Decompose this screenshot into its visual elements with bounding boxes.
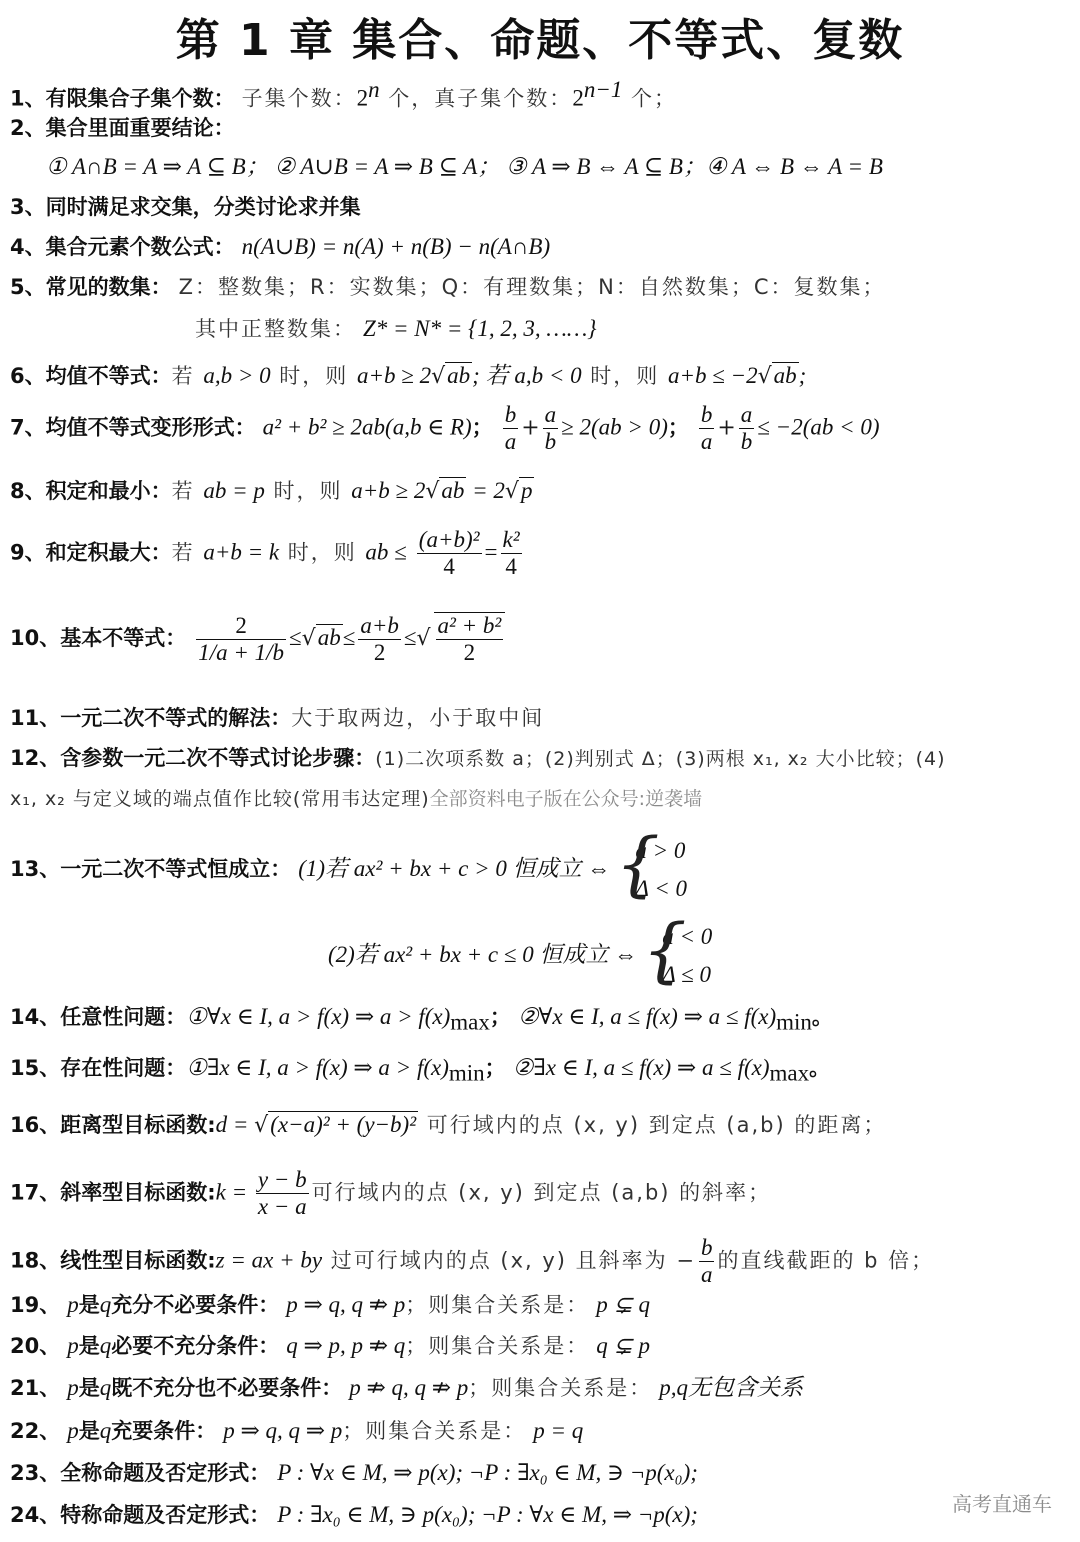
math: p bbox=[67, 1292, 79, 1317]
watermark: 高考直通车 bbox=[952, 1488, 1052, 1517]
math: a+b = k bbox=[203, 540, 279, 565]
item-text: 时，则 bbox=[279, 541, 365, 565]
item-12-cont: x₁, x₂ 与定义域的端点值作比较(常用韦达定理)全部资料电子版在公众号:逆袭… bbox=[10, 784, 702, 814]
item-22: 22、 p是q充要条件： p ⇒ q, q ⇒ p；则集合关系是： p = q bbox=[10, 1416, 583, 1447]
item-label: 含参数一元二次不等式讨论步骤： bbox=[60, 746, 375, 770]
math: ≤ −2(ab < 0) bbox=[757, 415, 879, 440]
math: a,b > 0 bbox=[203, 363, 270, 388]
item-label: 必要不充分条件： bbox=[111, 1334, 279, 1358]
item-label: 一元二次不等式恒成立： bbox=[60, 857, 291, 881]
item-text: 时，则 bbox=[271, 364, 357, 388]
math: q bbox=[100, 1292, 112, 1317]
sqrt: p bbox=[519, 477, 535, 503]
math: ①∀x ∈ I, a > f(x) ⇒ a > f(x) bbox=[186, 1004, 450, 1029]
item-text: 过可行域内的点 (x, y) 且斜率为 − bbox=[322, 1249, 696, 1273]
fraction: ba bbox=[699, 1235, 715, 1288]
item-12: 12、含参数一元二次不等式讨论步骤：(1)二次项系数 a；(2)判别式 Δ；(3… bbox=[10, 743, 946, 774]
math: ①∃x ∈ I, a > f(x) ⇒ a > f(x) bbox=[186, 1055, 449, 1080]
item-10: 10、基本不等式： 21/a + 1/b≤√ab≤a+b2≤√a² + b²2 bbox=[10, 612, 508, 666]
item-text: ；则集合关系是： bbox=[468, 1376, 652, 1400]
fraction: k²4 bbox=[501, 527, 522, 580]
item-label: 线性型目标函数: bbox=[60, 1249, 215, 1273]
item-number: 15、 bbox=[10, 1056, 60, 1080]
item-label: 是 bbox=[79, 1419, 100, 1443]
math: p bbox=[67, 1333, 79, 1358]
item-label: 斜率型目标函数: bbox=[60, 1181, 215, 1205]
item-number: 2、 bbox=[10, 116, 46, 140]
item-label: 一元二次不等式的解法： bbox=[60, 706, 291, 730]
item-label: 基本不等式： bbox=[60, 626, 186, 650]
separator: 。 bbox=[809, 1056, 830, 1080]
sqrt: (x−a)² + (y−b)² bbox=[268, 1111, 418, 1137]
item-label: 和定积最大： bbox=[46, 541, 172, 565]
item-number: 7、 bbox=[10, 416, 46, 440]
sqrt: ab bbox=[772, 362, 799, 388]
item-text: 若 bbox=[172, 541, 204, 565]
math: P : ∀x ∈ M, ⇒ p(x); ¬P : ∃x₀ ∈ M, ∋ ¬p(x… bbox=[277, 1460, 698, 1485]
math-sub: max bbox=[450, 1009, 490, 1034]
item-14: 14、任意性问题：①∀x ∈ I, a > f(x) ⇒ a > f(x)max… bbox=[10, 1002, 833, 1037]
fraction: ba bbox=[699, 402, 715, 455]
item-number: 9、 bbox=[10, 541, 46, 565]
item-2: 2、集合里面重要结论： bbox=[10, 113, 235, 144]
math: ① A∩B = A ⇒ A ⊆ B； ② A∪B = A ⇒ B ⊆ A； ③ … bbox=[46, 154, 883, 179]
math: p ⊊ q bbox=[596, 1292, 650, 1317]
item-text: ；则集合关系是： bbox=[405, 1293, 589, 1317]
separator: ； bbox=[472, 416, 493, 440]
item-text: 若 bbox=[172, 479, 204, 503]
item-text: ；则集合关系是： bbox=[342, 1419, 526, 1443]
fraction: ab bbox=[739, 402, 755, 455]
separator: 。 bbox=[812, 1005, 833, 1029]
item-number: 23、 bbox=[10, 1461, 60, 1485]
math: ≤ bbox=[289, 625, 302, 650]
item-number: 22、 bbox=[10, 1419, 60, 1443]
math: 2 bbox=[572, 85, 584, 110]
item-label: 是 bbox=[79, 1334, 100, 1358]
math: k = bbox=[216, 1180, 253, 1205]
item-number: 20、 bbox=[10, 1334, 60, 1358]
item-text: 可行域内的点 (x, y) 到定点 (a,b) 的距离； bbox=[418, 1113, 886, 1137]
math: ab ≤ bbox=[365, 540, 406, 565]
item-number: 13、 bbox=[10, 857, 60, 881]
sqrt-fraction: a² + b²2 bbox=[434, 612, 506, 666]
item-text: 时，则 bbox=[265, 479, 351, 503]
math: p ⇒ q, q ⇒ p bbox=[223, 1418, 342, 1443]
item-number: 16、 bbox=[10, 1113, 60, 1137]
item-20: 20、 p是q必要不充分条件： q ⇒ p, p ⇏ q；则集合关系是： q ⊊… bbox=[10, 1331, 650, 1362]
sqrt: ab bbox=[439, 477, 466, 503]
math: d = bbox=[216, 1112, 255, 1137]
item-label: 常见的数集： bbox=[46, 275, 172, 299]
math: p ⇏ q, q ⇏ p bbox=[349, 1375, 468, 1400]
item-text: ; bbox=[799, 363, 807, 388]
math: q ⇒ p, p ⇏ q bbox=[286, 1333, 405, 1358]
item-label: 均值不等式： bbox=[46, 364, 172, 388]
item-number: 19、 bbox=[10, 1293, 60, 1317]
math: (2)若 ax² + bx + c ≤ 0 恒成立 ⇔ bbox=[328, 942, 637, 967]
item-text: 个，真子集个数： bbox=[380, 86, 573, 110]
item-text: (1)二次项系数 a；(2)判别式 Δ；(3)两根 x₁, x₂ 大小比较；(4… bbox=[375, 748, 945, 770]
condition-system: a < 0Δ ≤ 0 bbox=[644, 918, 712, 994]
item-label: 积定和最小： bbox=[46, 479, 172, 503]
item-1: 1、有限集合子集个数： 子集个数：2n 个，真子集个数：2n−1 个； bbox=[10, 75, 677, 114]
math-sub: min bbox=[449, 1060, 485, 1085]
math: a+b ≥ 2 bbox=[351, 478, 425, 503]
page-title: 第 1 章 集合、命题、不等式、复数 bbox=[0, 4, 1080, 68]
item-text: 可行域内的点 (x, y) 到定点 (a,b) 的斜率； bbox=[312, 1181, 772, 1205]
fraction: a+b2 bbox=[358, 613, 401, 666]
item-number: 17、 bbox=[10, 1181, 60, 1205]
item-label: 是 bbox=[79, 1293, 100, 1317]
math: z = ax + by bbox=[216, 1248, 322, 1273]
separator: ； bbox=[490, 1005, 511, 1029]
math-sup: n−1 bbox=[584, 77, 623, 102]
item-18: 18、线性型目标函数:z = ax + by 过可行域内的点 (x, y) 且斜… bbox=[10, 1235, 934, 1288]
item-15: 15、存在性问题：①∃x ∈ I, a > f(x) ⇒ a > f(x)min… bbox=[10, 1053, 830, 1088]
item-5-positive-integers: 其中正整数集： Z* = N* = {1, 2, 3, ……} bbox=[195, 314, 596, 345]
math: p bbox=[67, 1418, 79, 1443]
math-sub: min bbox=[776, 1009, 812, 1034]
item-13-case-2: (2)若 ax² + bx + c ≤ 0 恒成立 ⇔ a < 0Δ ≤ 0 bbox=[328, 918, 712, 994]
item-label: 距离型目标函数: bbox=[60, 1113, 215, 1137]
item-number: 24、 bbox=[10, 1503, 60, 1527]
item-text: 时，则 bbox=[582, 364, 668, 388]
item-label: 既不充分也不必要条件： bbox=[111, 1376, 342, 1400]
item-label: 存在性问题： bbox=[60, 1056, 186, 1080]
item-number: 4、 bbox=[10, 235, 46, 259]
item-number: 5、 bbox=[10, 275, 46, 299]
math: p bbox=[67, 1375, 79, 1400]
math: a² + b² ≥ 2ab(a,b ∈ R) bbox=[263, 415, 472, 440]
math: q bbox=[100, 1375, 112, 1400]
item-text: 若 bbox=[172, 364, 204, 388]
fraction: 21/a + 1/b bbox=[196, 613, 286, 666]
math: a,b < 0 bbox=[514, 363, 581, 388]
item-text: 其中正整数集： bbox=[195, 317, 356, 341]
sqrt: ab bbox=[316, 624, 343, 650]
math: ≤ bbox=[343, 625, 356, 650]
item-24: 24、特称命题及否定形式： P : ∃x₀ ∈ M, ∋ p(x₀); ¬P :… bbox=[10, 1500, 698, 1531]
math: ≤ bbox=[404, 625, 417, 650]
math: n(A∪B) = n(A) + n(B) − n(A∩B) bbox=[242, 234, 551, 259]
math: = bbox=[485, 540, 498, 565]
item-text: ; 若 bbox=[472, 363, 514, 388]
item-label: 充分不必要条件： bbox=[111, 1293, 279, 1317]
item-label: 均值不等式变形形式： bbox=[46, 416, 256, 440]
item-number: 6、 bbox=[10, 364, 46, 388]
item-text: 的直线截距的 b 倍； bbox=[717, 1249, 934, 1273]
math: a+b ≤ −2 bbox=[668, 363, 758, 388]
math: ab = p bbox=[203, 478, 265, 503]
item-13: 13、一元二次不等式恒成立： (1)若 ax² + bx + c > 0 恒成立… bbox=[10, 832, 687, 908]
item-19: 19、 p是q充分不必要条件： p ⇒ q, q ⇏ p；则集合关系是： p ⊊… bbox=[10, 1290, 650, 1321]
fraction: ab bbox=[543, 402, 559, 455]
item-text: 子集个数： bbox=[242, 86, 357, 110]
math: p ⇒ q, q ⇏ p bbox=[286, 1292, 405, 1317]
item-number: 3、 bbox=[10, 195, 46, 219]
math-sup: n bbox=[368, 77, 380, 102]
item-label: 全称命题及否定形式： bbox=[60, 1461, 270, 1485]
item-text: 个； bbox=[622, 86, 677, 110]
item-label: 特称命题及否定形式： bbox=[60, 1503, 270, 1527]
condition-system: a > 0Δ < 0 bbox=[617, 832, 687, 908]
item-11: 11、一元二次不等式的解法：大于取两边，小于取中间 bbox=[10, 703, 544, 734]
math: q bbox=[100, 1333, 112, 1358]
math: ②∀x ∈ I, a ≤ f(x) ⇒ a ≤ f(x) bbox=[518, 1004, 776, 1029]
math: ≥ 2(ab > 0) bbox=[561, 415, 668, 440]
math: p,q无包含关系 bbox=[659, 1375, 803, 1400]
math: = 2 bbox=[466, 478, 505, 503]
separator: ； bbox=[485, 1056, 506, 1080]
fraction: (a+b)²4 bbox=[417, 527, 482, 580]
item-number: 14、 bbox=[10, 1005, 60, 1029]
sqrt: ab bbox=[445, 362, 472, 388]
math: P : ∃x₀ ∈ M, ∋ p(x₀); ¬P : ∀x ∈ M, ⇒ ¬p(… bbox=[277, 1502, 698, 1527]
item-label: 有限集合子集个数： bbox=[46, 86, 235, 110]
fraction: y − bx − a bbox=[256, 1167, 309, 1220]
item-2-conclusions: ① A∩B = A ⇒ A ⊆ B； ② A∪B = A ⇒ B ⊆ A； ③ … bbox=[46, 152, 883, 183]
item-number: 11、 bbox=[10, 706, 60, 730]
separator: ； bbox=[668, 416, 689, 440]
item-7: 7、均值不等式变形形式： a² + b² ≥ 2ab(a,b ∈ R)； ba+… bbox=[10, 402, 880, 455]
item-number: 10、 bbox=[10, 626, 60, 650]
item-3: 3、同时满足求交集，分类讨论求并集 bbox=[10, 192, 361, 223]
math: q ⊊ p bbox=[596, 1333, 650, 1358]
item-text: Z：整数集；R：实数集；Q：有理数集；N：自然数集；C：复数集； bbox=[179, 275, 886, 299]
math: a+b ≥ 2 bbox=[357, 363, 431, 388]
item-6: 6、均值不等式：若 a,b > 0 时，则 a+b ≥ 2√ab; 若 a,b … bbox=[10, 361, 806, 392]
item-5: 5、常见的数集： Z：整数集；R：实数集；Q：有理数集；N：自然数集；C：复数集… bbox=[10, 272, 886, 303]
math-sub: max bbox=[770, 1060, 810, 1085]
fraction: ba bbox=[503, 402, 519, 455]
math: q bbox=[100, 1418, 112, 1443]
item-21: 21、 p是q既不充分也不必要条件： p ⇏ q, q ⇏ p；则集合关系是： … bbox=[10, 1373, 803, 1404]
item-number: 21、 bbox=[10, 1376, 60, 1400]
item-label: 是 bbox=[79, 1376, 100, 1400]
math: ②∃x ∈ I, a ≤ f(x) ⇒ a ≤ f(x) bbox=[513, 1055, 770, 1080]
math: Z* = N* = {1, 2, 3, ……} bbox=[363, 316, 596, 341]
item-label: 集合元素个数公式： bbox=[46, 235, 235, 259]
promo-text: 全部资料电子版在公众号:逆袭墙 bbox=[430, 788, 702, 810]
item-label: 同时满足求交集，分类讨论求并集 bbox=[46, 195, 361, 219]
math: p = q bbox=[533, 1418, 583, 1443]
item-17: 17、斜率型目标函数:k = y − bx − a可行域内的点 (x, y) 到… bbox=[10, 1167, 771, 1220]
item-label: 集合里面重要结论： bbox=[46, 116, 235, 140]
item-9: 9、和定积最大：若 a+b = k 时，则 ab ≤ (a+b)²4=k²4 bbox=[10, 527, 525, 580]
item-text: x₁, x₂ 与定义域的端点值作比较(常用韦达定理) bbox=[10, 788, 430, 810]
item-23: 23、全称命题及否定形式： P : ∀x ∈ M, ⇒ p(x); ¬P : ∃… bbox=[10, 1458, 698, 1489]
item-text: ；则集合关系是： bbox=[405, 1334, 589, 1358]
math: 2 bbox=[357, 85, 369, 110]
item-number: 12、 bbox=[10, 746, 60, 770]
item-label: 充要条件： bbox=[111, 1419, 216, 1443]
item-16: 16、距离型目标函数:d = √(x−a)² + (y−b)² 可行域内的点 (… bbox=[10, 1110, 886, 1141]
item-text: 大于取两边，小于取中间 bbox=[291, 706, 544, 730]
item-label: 任意性问题： bbox=[60, 1005, 186, 1029]
item-number: 18、 bbox=[10, 1249, 60, 1273]
item-number: 1、 bbox=[10, 86, 46, 110]
math: (1)若 ax² + bx + c > 0 恒成立 ⇔ bbox=[298, 856, 610, 881]
item-8: 8、积定和最小：若 ab = p 时，则 a+b ≥ 2√ab = 2√p bbox=[10, 476, 534, 507]
item-4: 4、集合元素个数公式： n(A∪B) = n(A) + n(B) − n(A∩B… bbox=[10, 232, 550, 263]
item-number: 8、 bbox=[10, 479, 46, 503]
